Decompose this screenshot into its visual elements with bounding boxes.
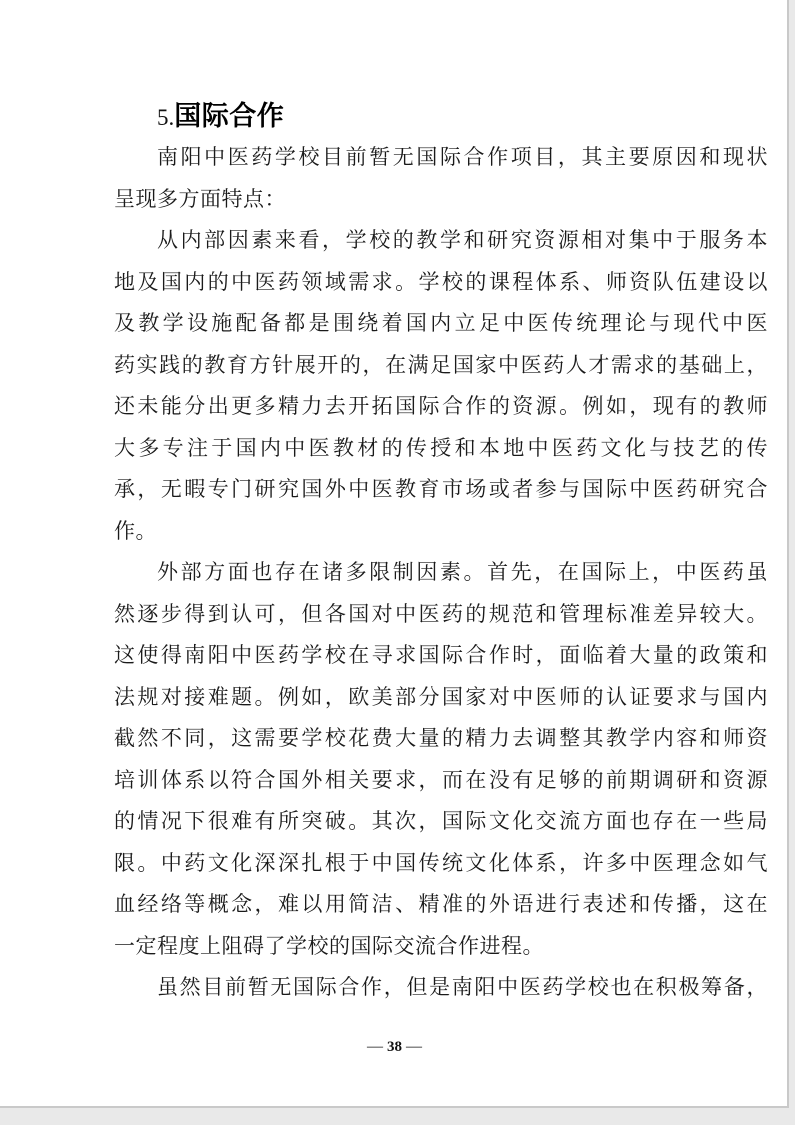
footer-dash-left: — — [367, 1038, 383, 1055]
paragraph: 南阳中医药学校目前暂无国际合作项目，其主要原因和现状呈现多方面特点： — [114, 137, 768, 220]
text-line: 截然不同，这需要学校花费大量的精力去调整其教学内容和师资 — [114, 718, 768, 760]
text-line: 血经络等概念，难以用简洁、精准的外语进行表述和传播，这在 — [114, 884, 768, 926]
text-line: 一定程度上阻碍了学校的国际交流合作进程。 — [114, 926, 768, 968]
text-line: 虽然目前暂无国际合作，但是南阳中医药学校也在积极筹备， — [114, 967, 768, 1009]
text-line: 然逐步得到认可，但各国对中医药的规范和管理标准差异较大。 — [114, 594, 768, 636]
section-title: 国际合作 — [174, 101, 284, 131]
text-line: 从内部因素来看，学校的教学和研究资源相对集中于服务本 — [114, 220, 768, 262]
paragraph: 虽然目前暂无国际合作，但是南阳中医药学校也在积极筹备， — [114, 967, 768, 1009]
document-body: 南阳中医药学校目前暂无国际合作项目，其主要原因和现状呈现多方面特点：从内部因素来… — [114, 137, 768, 1009]
text-line: 南阳中医药学校目前暂无国际合作项目，其主要原因和现状 — [114, 137, 768, 179]
text-line: 法规对接难题。例如，欧美部分国家对中医师的认证要求与国内 — [114, 677, 768, 719]
footer-page-number: 38 — [387, 1039, 402, 1055]
section-number: 5. — [157, 105, 174, 130]
text-line: 承，无暇专门研究国外中医教育市场或者参与国际中医药研究合 — [114, 469, 768, 511]
text-line: 药实践的教育方针展开的，在满足国家中医药人才需求的基础上， — [114, 345, 768, 387]
page-footer: —38— — [0, 1034, 789, 1060]
text-line: 外部方面也存在诸多限制因素。首先，在国际上，中医药虽 — [114, 552, 768, 594]
text-line: 培训体系以符合国外相关要求，而在没有足够的前期调研和资源 — [114, 760, 768, 802]
document-page: 5.国际合作 南阳中医药学校目前暂无国际合作项目，其主要原因和现状呈现多方面特点… — [0, 0, 789, 1108]
text-line: 地及国内的中医药领域需求。学校的课程体系、师资队伍建设以 — [114, 262, 768, 304]
text-line: 这使得南阳中医药学校在寻求国际合作时，面临着大量的政策和 — [114, 635, 768, 677]
text-line: 作。 — [114, 511, 768, 553]
section-heading: 5.国际合作 — [114, 96, 768, 137]
paragraph: 外部方面也存在诸多限制因素。首先，在国际上，中医药虽然逐步得到认可，但各国对中医… — [114, 552, 768, 967]
text-line: 还未能分出更多精力去开拓国际合作的资源。例如，现有的教师 — [114, 386, 768, 428]
footer-dash-right: — — [406, 1038, 422, 1055]
document-content: 5.国际合作 南阳中医药学校目前暂无国际合作项目，其主要原因和现状呈现多方面特点… — [114, 96, 768, 1009]
text-line: 呈现多方面特点： — [114, 179, 768, 221]
text-line: 限。中药文化深深扎根于中国传统文化体系，许多中医理念如气 — [114, 843, 768, 885]
paragraph: 从内部因素来看，学校的教学和研究资源相对集中于服务本地及国内的中医药领域需求。学… — [114, 220, 768, 552]
text-line: 的情况下很难有所突破。其次，国际文化交流方面也存在一些局 — [114, 801, 768, 843]
text-line: 及教学设施配备都是围绕着国内立足中医传统理论与现代中医 — [114, 303, 768, 345]
text-line: 大多专注于国内中医教材的传授和本地中医药文化与技艺的传 — [114, 428, 768, 470]
